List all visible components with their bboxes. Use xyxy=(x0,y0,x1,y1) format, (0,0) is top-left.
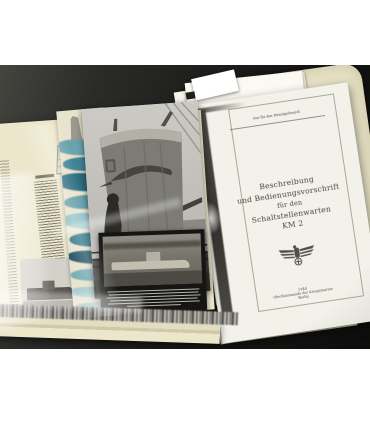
spine-text-strip xyxy=(0,159,19,311)
photograph-of-binder: Nur für den Dienstgebrauch Beschreibung … xyxy=(0,0,370,423)
photo-area: Nur für den Dienstgebrauch Beschreibung … xyxy=(0,65,370,349)
ship-superstructure xyxy=(42,281,54,290)
caption-text-line xyxy=(127,304,181,307)
cloud-band xyxy=(103,240,201,249)
black-clip xyxy=(186,91,196,99)
framed-picture-image xyxy=(103,233,203,286)
document-page: Nur für den Dienstgebrauch Beschreibung … xyxy=(187,82,370,343)
uboat-hull xyxy=(111,260,190,271)
